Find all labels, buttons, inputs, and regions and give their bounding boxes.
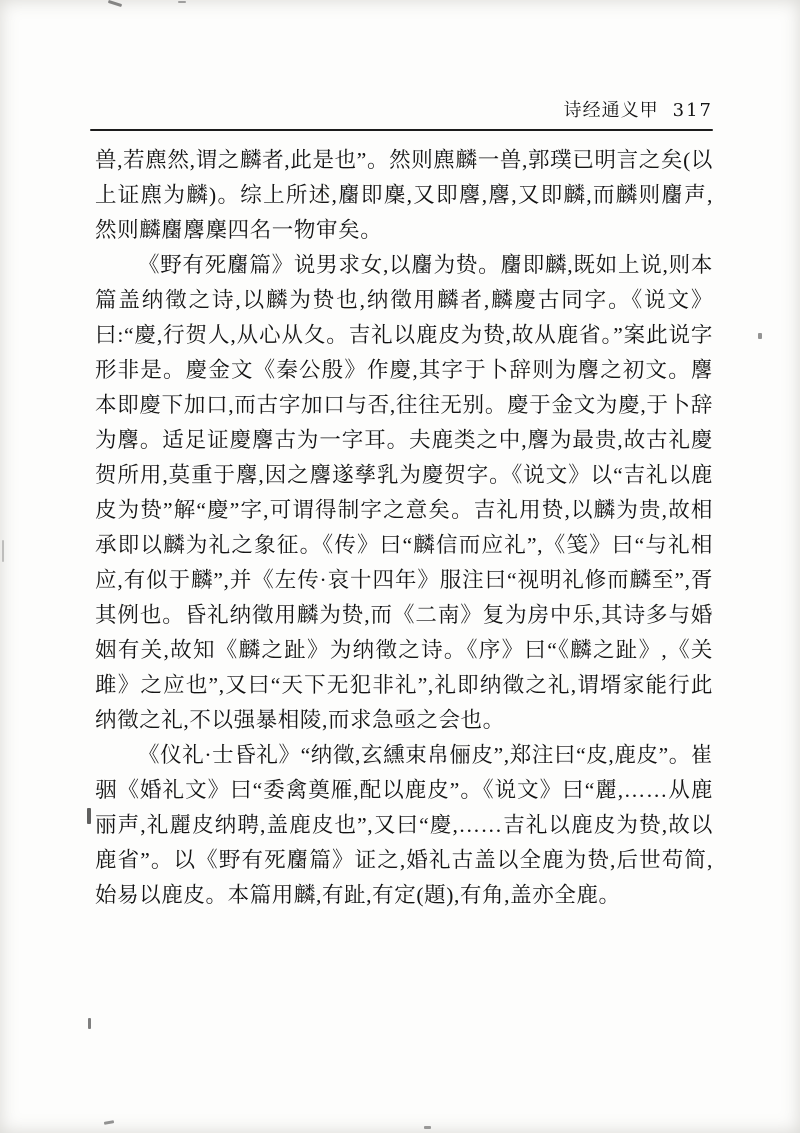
header-divider-line (90, 129, 713, 131)
scan-artifact (2, 540, 4, 562)
scan-artifact (87, 808, 91, 824)
scan-artifact (108, 0, 122, 7)
scan-artifact (104, 1120, 114, 1125)
scan-artifact (424, 1126, 431, 1129)
running-header: 诗经通义甲317 (95, 96, 713, 122)
scan-artifact (88, 1018, 91, 1029)
paragraph: 《仪礼·士昏礼》“纳徵,玄纁束帛俪皮”,郑注曰“皮,鹿皮”。崔骃《婚礼文》曰“委… (95, 738, 713, 913)
page-body: 兽,若麃然,谓之麟者,此是也”。然则麃麟一兽,郭璞已明言之矣(以上证麃为麟)。综… (95, 143, 713, 913)
paragraph-continuation: 兽,若麃然,谓之麟者,此是也”。然则麃麟一兽,郭璞已明言之矣(以上证麃为麟)。综… (95, 143, 713, 248)
scan-artifact (758, 333, 762, 339)
page-number: 317 (673, 100, 713, 121)
scanned-book-page: 诗经通义甲317 兽,若麃然,谓之麟者,此是也”。然则麃麟一兽,郭璞已明言之矣(… (0, 0, 800, 1133)
book-title: 诗经通义甲 (564, 100, 659, 120)
paragraph: 《野有死麕篇》说男求女,以麕为贽。麕即麟,既如上说,则本篇盖纳徵之诗,以麟为贽也… (95, 248, 713, 738)
scan-artifact (178, 1, 186, 3)
